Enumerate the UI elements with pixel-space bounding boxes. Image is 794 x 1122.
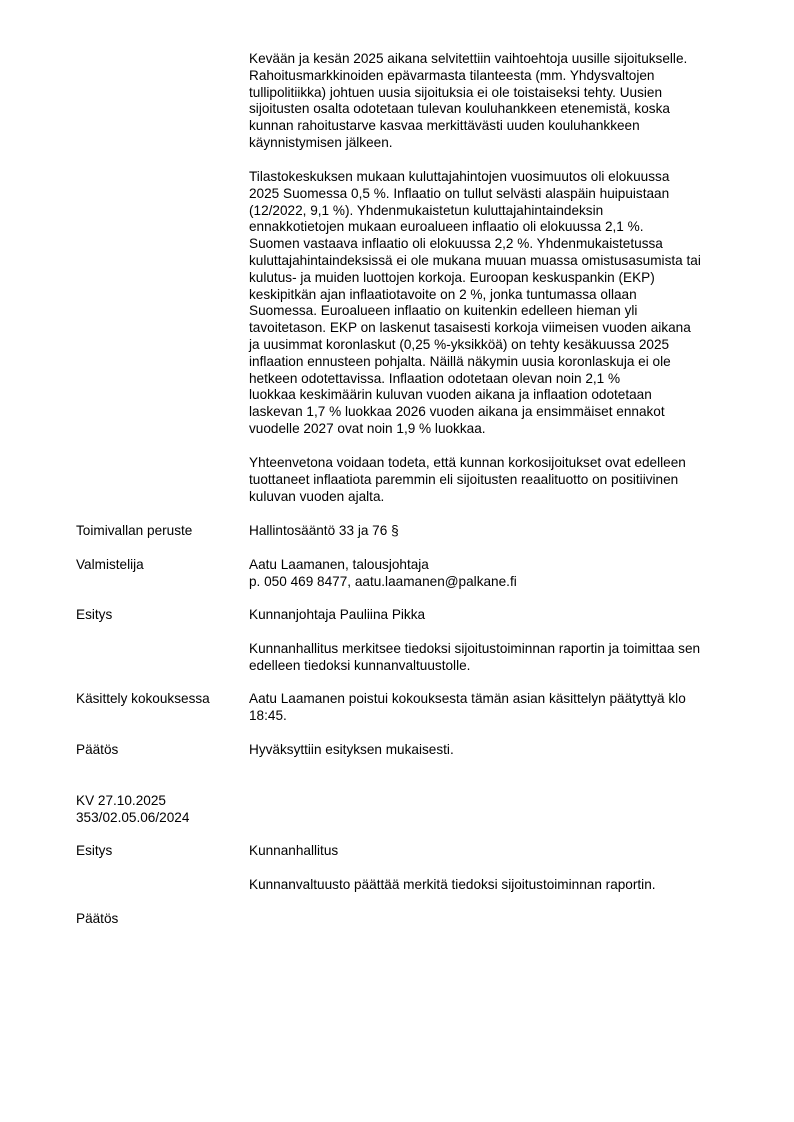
kv-proposal-presenter: Kunnanhallitus xyxy=(249,843,749,860)
decision-label: Päätös xyxy=(76,742,248,759)
kv-proposal-label: Esitys xyxy=(76,843,248,860)
paragraph-text: Tilastokeskuksen mukaan kuluttajahintoje… xyxy=(249,169,749,438)
preparer-name: Aatu Laamanen, talousjohtaja xyxy=(249,557,749,574)
meeting-handling-value: Aatu Laamanen poistui kokouksesta tämän … xyxy=(249,691,749,725)
preparer-label: Valmistelija xyxy=(76,557,248,574)
kv-meeting-date: KV 27.10.2025 xyxy=(76,793,189,810)
authority-basis-value: Hallintosääntö 33 ja 76 § xyxy=(249,523,749,540)
kv-decision-label: Päätös xyxy=(76,911,248,928)
preparer-contact[interactable]: p. 050 469 8477, aatu.laamanen@palkane.f… xyxy=(249,574,749,591)
kv-record-id: 353/02.05.06/2024 xyxy=(76,810,189,827)
proposal-presenter: Kunnanjohtaja Pauliina Pikka xyxy=(249,607,749,624)
document-page: Kevään ja kesän 2025 aikana selvitettiin… xyxy=(0,0,794,1122)
paragraph-text: Yhteenvetona voidaan todeta, että kunnan… xyxy=(249,455,749,505)
kv-proposal-text: Kunnanvaltuusto päättää merkitä tiedoksi… xyxy=(249,877,749,894)
decision-value: Hyväksyttiin esityksen mukaisesti. xyxy=(249,742,749,759)
authority-basis-label: Toimivallan peruste xyxy=(76,523,248,540)
meeting-handling-label: Käsittely kokouksessa xyxy=(76,691,248,708)
paragraph-text: Kevään ja kesän 2025 aikana selvitettiin… xyxy=(249,51,749,152)
proposal-text: Kunnanhallitus merkitsee tiedoksi sijoit… xyxy=(249,641,749,675)
preparer-value: Aatu Laamanen, talousjohtaja p. 050 469 … xyxy=(249,557,749,591)
kv-meeting-info: KV 27.10.2025 353/02.05.06/2024 xyxy=(76,793,189,827)
proposal-label: Esitys xyxy=(76,607,248,624)
